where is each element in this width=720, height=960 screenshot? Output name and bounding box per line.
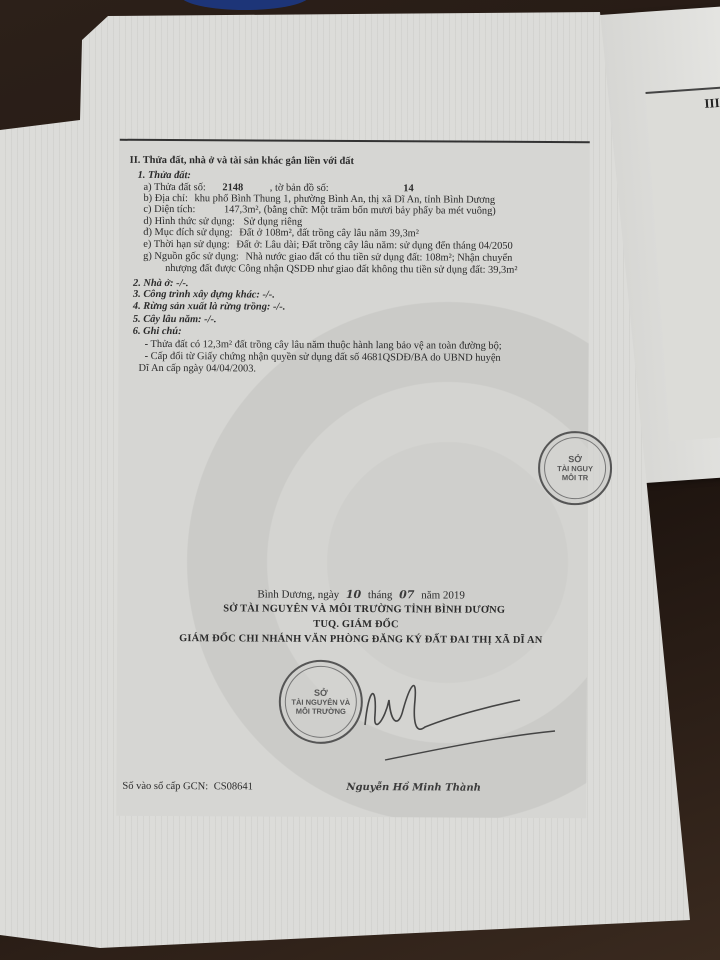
- land-parcel-heading: 1. Thửa đất:: [138, 170, 191, 182]
- usage-form-label: d) Hình thức sử dụng:: [143, 216, 235, 227]
- address-label: b) Địa chỉ:: [143, 193, 187, 204]
- parcel-number: 2148: [222, 182, 243, 193]
- perennial-trees-item: 5. Cây lâu năm: -/-.: [133, 314, 217, 326]
- seal-line2: TÀI NGUYÊN VÀ: [291, 697, 350, 706]
- term-value: Đất ở: Lâu dài; Đất trồng cây lâu năm: s…: [236, 239, 512, 251]
- area-label: c) Diện tích:: [143, 204, 195, 215]
- seal-line1: SỞ: [314, 688, 328, 697]
- official-seal: SỞ TÀI NGUYÊN VÀ MÔI TRƯỜNG: [279, 660, 363, 744]
- other-construction-item: 3. Công trình xây dựng khác: -/-.: [133, 289, 275, 302]
- seal-line3: MÔI TRƯỜNG: [296, 706, 346, 715]
- purpose-label: đ) Mục đích sử dụng:: [143, 227, 232, 238]
- background-document-heading: III. Sơ: [704, 93, 720, 111]
- registry-number: CS08641: [214, 781, 253, 792]
- issuing-agency: SỞ TÀI NGUYÊN VÀ MÔI TRƯỜNG TỈNH BÌNH DƯ…: [223, 603, 505, 616]
- note-item: Dĩ An cấp ngày 04/04/2003.: [139, 363, 257, 376]
- map-sheet-number: 14: [403, 183, 413, 194]
- origin-value-line2: nhượng đất được Công nhận QSDĐ như giao …: [165, 263, 517, 277]
- background-document-printed-area: III. Sơ: [645, 84, 720, 442]
- partial-official-seal: SỞ TÀI NGUY MÔI TR: [538, 431, 612, 505]
- signing-month: 07: [399, 588, 414, 601]
- handwritten-signature: [355, 665, 565, 765]
- side-seal-line3: MÔI TR: [562, 473, 588, 482]
- notes-heading: 6. Ghi chú:: [133, 326, 182, 338]
- place-date: Bình Dương, ngày 10 tháng 07 năm 2019: [257, 589, 465, 602]
- area-value: 147,3m², (bằng chữ: Một trăm bốn mươi bả…: [224, 204, 496, 216]
- section-title: II. Thửa đất, nhà ở và tài sản khác gắn …: [130, 155, 354, 168]
- term-label: e) Thời hạn sử dụng:: [143, 239, 230, 250]
- registry-number-label: Số vào sổ cấp GCN:: [122, 781, 208, 792]
- signer-title: GIÁM ĐỐC CHI NHÁNH VĂN PHÒNG ĐĂNG KÝ ĐẤT…: [179, 633, 542, 647]
- signer-name: Nguyễn Hồ Minh Thành: [346, 782, 481, 795]
- side-seal-line2: TÀI NGUY: [557, 464, 593, 473]
- map-sheet-label: , tờ bản đồ số:: [270, 183, 329, 194]
- year-label: năm 2019: [421, 589, 465, 601]
- usage-form-value: Sử dụng riêng: [243, 216, 302, 227]
- on-behalf-title: TUQ. GIÁM ĐỐC: [313, 619, 398, 631]
- origin-label: g) Nguồn gốc sử dụng:: [143, 251, 239, 263]
- month-label: tháng: [368, 589, 393, 601]
- parcel-number-label: a) Thửa đất số:: [143, 182, 205, 193]
- purpose-value: Đất ở 108m², đất trồng cây lâu năm 39,3m…: [239, 227, 419, 239]
- registry-number-row: Số vào sổ cấp GCN: CS08641: [122, 781, 253, 794]
- signing-day: 10: [346, 588, 361, 601]
- origin-value-line1: Nhà nước giao đất có thu tiền sử dụng đấ…: [245, 251, 512, 263]
- production-forest-item: 4. Rừng sản xuất là rừng trồng: -/-.: [133, 301, 286, 314]
- side-seal-line1: SỞ: [568, 455, 582, 464]
- place-date-prefix: Bình Dương, ngày: [257, 589, 339, 601]
